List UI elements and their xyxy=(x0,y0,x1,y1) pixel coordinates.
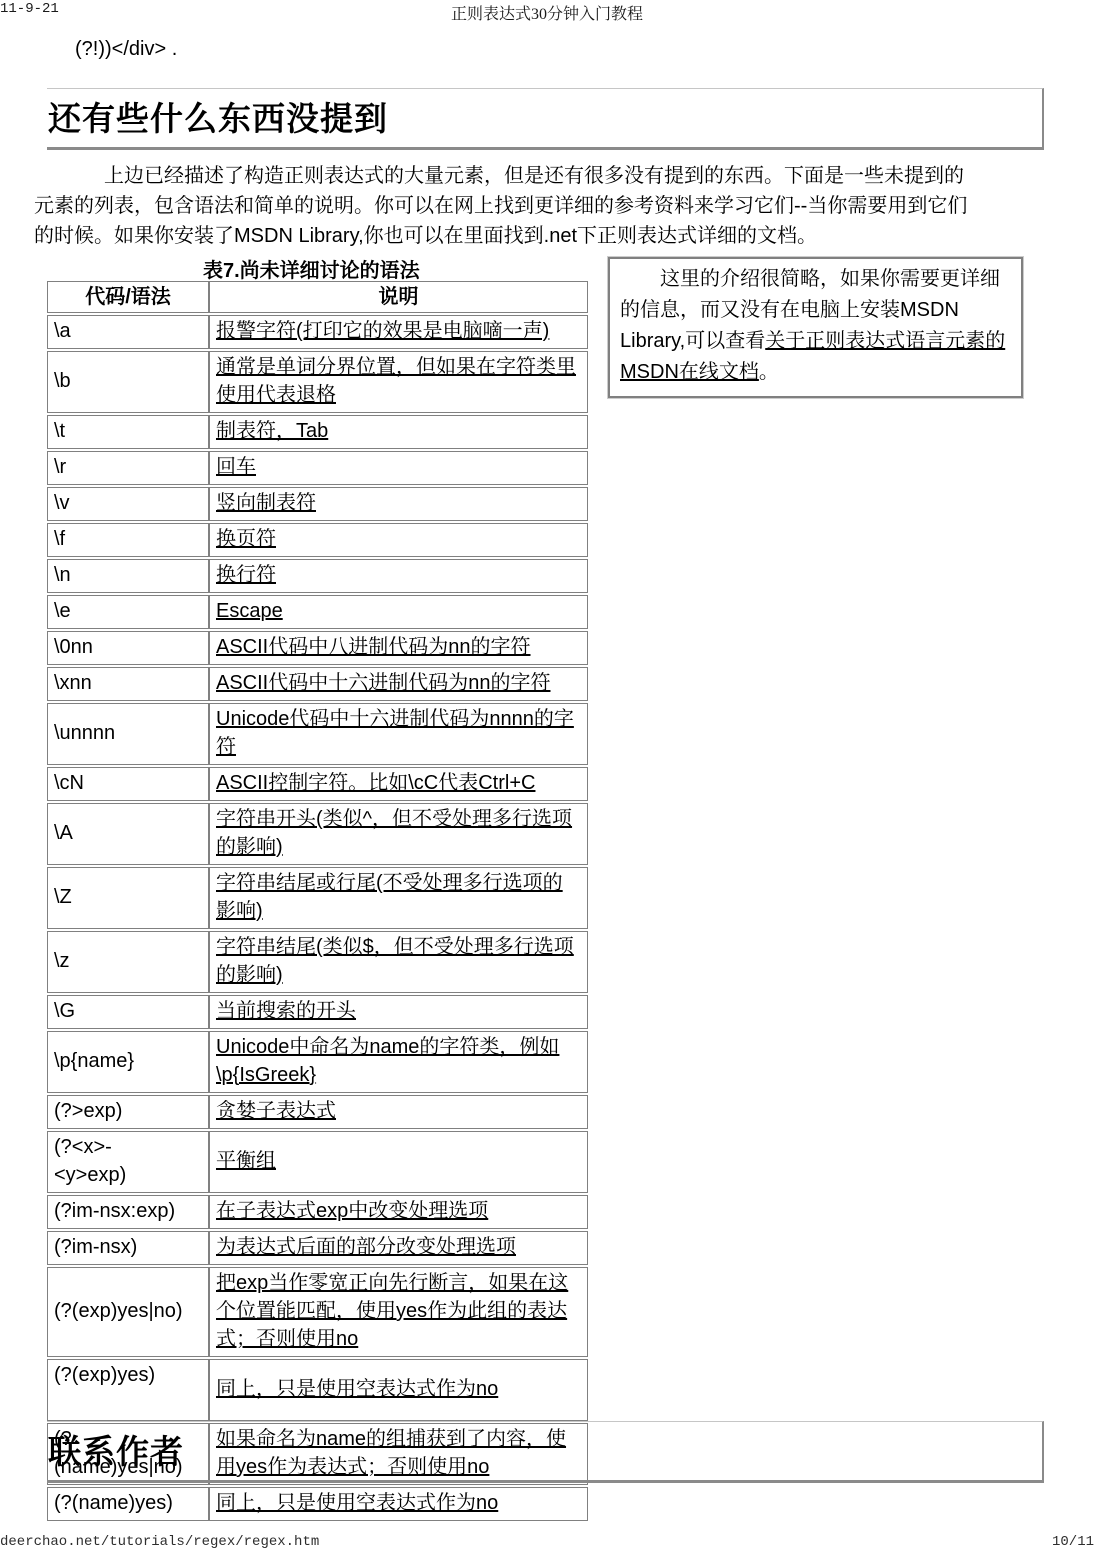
syntax-desc-cell: Unicode中命名为name的字符类，例如\p{IsGreek} xyxy=(209,1031,588,1093)
syntax-desc-cell: 在子表达式exp中改变处理选项 xyxy=(209,1195,588,1229)
syntax-code: (?im-nsx) xyxy=(47,1231,209,1265)
table-row: \v竖向制表符 xyxy=(47,487,588,521)
syntax-desc-link[interactable]: Unicode中命名为name的字符类，例如\p{IsGreek} xyxy=(216,1036,559,1086)
syntax-code: (?im-nsx:exp) xyxy=(47,1195,209,1229)
note-box: 这里的介绍很简略，如果你需要更详细的信息，而又没有在电脑上安装MSDN Libr… xyxy=(608,257,1023,398)
syntax-code: \p{name} xyxy=(47,1031,209,1093)
syntax-desc-cell: 通常是单词分界位置，但如果在字符类里使用代表退格 xyxy=(209,351,588,413)
table-row: \a报警字符(打印它的效果是电脑嘀一声) xyxy=(47,315,588,349)
syntax-desc-cell: ASCII控制字符。比如\cC代表Ctrl+C xyxy=(209,767,588,801)
table-row: \z字符串结尾(类似$，但不受处理多行选项的影响) xyxy=(47,931,588,993)
syntax-code: \xnn xyxy=(47,667,209,701)
table-row: \xnnASCII代码中十六进制代码为nn的字符 xyxy=(47,667,588,701)
table-row: (?<x>- <y>exp)平衡组 xyxy=(47,1131,588,1193)
section-heading-whats-not-covered: 还有些什么东西没提到 xyxy=(47,88,1044,150)
syntax-code: \0nn xyxy=(47,631,209,665)
table-row: \t制表符，Tab xyxy=(47,415,588,449)
syntax-desc-cell: 字符串开头(类似^，但不受处理多行选项的影响) xyxy=(209,803,588,865)
syntax-code: \r xyxy=(47,451,209,485)
syntax-desc-cell: 字符串结尾或行尾(不受处理多行选项的影响) xyxy=(209,867,588,929)
syntax-desc-link[interactable]: 同上，只是使用空表达式作为no xyxy=(216,1378,498,1400)
syntax-desc-cell: 同上，只是使用空表达式作为no xyxy=(209,1487,588,1521)
table-row: \eEscape xyxy=(47,595,588,629)
syntax-desc-cell: 回车 xyxy=(209,451,588,485)
syntax-desc-cell: 报警字符(打印它的效果是电脑嘀一声) xyxy=(209,315,588,349)
intro-paragraph: 上边已经描述了构造正则表达式的大量元素，但是还有很多没有提到的东西。下面是一些未… xyxy=(34,161,982,251)
footer-url: deerchao.net/tutorials/regex/regex.htm xyxy=(0,1534,319,1550)
syntax-desc-cell: 换行符 xyxy=(209,559,588,593)
syntax-code: \unnnn xyxy=(47,703,209,765)
syntax-code: \f xyxy=(47,523,209,557)
syntax-desc-cell: 贪婪子表达式 xyxy=(209,1095,588,1129)
table-header-row: 代码/语法 说明 xyxy=(47,281,588,313)
syntax-table: 代码/语法 说明 \a报警字符(打印它的效果是电脑嘀一声)\b通常是单词分界位置… xyxy=(47,279,588,1523)
syntax-desc-link[interactable]: 同上，只是使用空表达式作为no xyxy=(216,1492,498,1514)
syntax-desc-link[interactable]: 字符串结尾(类似$，但不受处理多行选项的影响) xyxy=(216,936,574,986)
syntax-desc-cell: 字符串结尾(类似$，但不受处理多行选项的影响) xyxy=(209,931,588,993)
syntax-code: (?(exp)yes|no) xyxy=(47,1267,209,1357)
table-row: \p{name}Unicode中命名为name的字符类，例如\p{IsGreek… xyxy=(47,1031,588,1093)
section-heading-contact-author: 联系作者 xyxy=(47,1421,1044,1483)
syntax-code: \t xyxy=(47,415,209,449)
table-row: \G当前搜索的开头 xyxy=(47,995,588,1029)
footer-page-number: 10/11 xyxy=(1052,1534,1094,1550)
table-row: \0nnASCII代码中八进制代码为nn的字符 xyxy=(47,631,588,665)
table-row: \Z字符串结尾或行尾(不受处理多行选项的影响) xyxy=(47,867,588,929)
table-row: \f换页符 xyxy=(47,523,588,557)
column-header-code: 代码/语法 xyxy=(47,281,209,313)
table-row: \n换行符 xyxy=(47,559,588,593)
note-text-end: 。 xyxy=(759,361,779,383)
syntax-desc-link[interactable]: 换页符 xyxy=(216,528,276,550)
table-row: (?(exp)yes)同上，只是使用空表达式作为no xyxy=(47,1359,588,1421)
syntax-code: \e xyxy=(47,595,209,629)
syntax-desc-link[interactable]: 贪婪子表达式 xyxy=(216,1100,336,1122)
syntax-desc-cell: 当前搜索的开头 xyxy=(209,995,588,1029)
syntax-code: \n xyxy=(47,559,209,593)
syntax-code: \G xyxy=(47,995,209,1029)
syntax-desc-cell: ASCII代码中十六进制代码为nn的字符 xyxy=(209,667,588,701)
syntax-desc-link[interactable]: 竖向制表符 xyxy=(216,492,316,514)
syntax-desc-link[interactable]: 回车 xyxy=(216,456,256,478)
syntax-code: \b xyxy=(47,351,209,413)
syntax-code: (?(exp)yes) xyxy=(47,1359,209,1421)
syntax-desc-link[interactable]: Unicode代码中十六进制代码为nnnn的字符 xyxy=(216,708,574,758)
syntax-desc-link[interactable]: 平衡组 xyxy=(216,1150,276,1172)
table-row: \b通常是单词分界位置，但如果在字符类里使用代表退格 xyxy=(47,351,588,413)
table-row: \cNASCII控制字符。比如\cC代表Ctrl+C xyxy=(47,767,588,801)
syntax-desc-cell: 为表达式后面的部分改变处理选项 xyxy=(209,1231,588,1265)
syntax-desc-link[interactable]: 把exp当作零宽正向先行断言，如果在这个位置能匹配，使用yes作为此组的表达式；… xyxy=(216,1272,568,1350)
syntax-code: \Z xyxy=(47,867,209,929)
syntax-desc-link[interactable]: ASCII控制字符。比如\cC代表Ctrl+C xyxy=(216,772,535,794)
table-row: \r回车 xyxy=(47,451,588,485)
table-row: (?im-nsx:exp)在子表达式exp中改变处理选项 xyxy=(47,1195,588,1229)
syntax-desc-link[interactable]: 字符串结尾或行尾(不受处理多行选项的影响) xyxy=(216,872,563,922)
syntax-desc-link[interactable]: 为表达式后面的部分改变处理选项 xyxy=(216,1236,516,1258)
syntax-desc-cell: 同上，只是使用空表达式作为no xyxy=(209,1359,588,1421)
syntax-desc-link[interactable]: 制表符，Tab xyxy=(216,420,328,442)
syntax-code: \A xyxy=(47,803,209,865)
syntax-code: \cN xyxy=(47,767,209,801)
syntax-desc-cell: 换页符 xyxy=(209,523,588,557)
syntax-code: (?<x>- <y>exp) xyxy=(47,1131,209,1193)
table-row: \A字符串开头(类似^，但不受处理多行选项的影响) xyxy=(47,803,588,865)
table-row: (?im-nsx)为表达式后面的部分改变处理选项 xyxy=(47,1231,588,1265)
syntax-code: (?>exp) xyxy=(47,1095,209,1129)
table-row: (?(name)yes)同上，只是使用空表达式作为no xyxy=(47,1487,588,1521)
syntax-code: (?(name)yes) xyxy=(47,1487,209,1521)
syntax-desc-link[interactable]: 换行符 xyxy=(216,564,276,586)
syntax-desc-link[interactable]: 在子表达式exp中改变处理选项 xyxy=(216,1200,488,1222)
syntax-desc-cell: 竖向制表符 xyxy=(209,487,588,521)
document-page: 11-9-21 正则表达式30分钟入门教程 (?!))</div> . 还有些什… xyxy=(0,0,1094,1553)
table-row: (?>exp)贪婪子表达式 xyxy=(47,1095,588,1129)
syntax-code: \v xyxy=(47,487,209,521)
syntax-desc-link[interactable]: ASCII代码中十六进制代码为nn的字符 xyxy=(216,672,550,694)
column-header-desc: 说明 xyxy=(209,281,588,313)
document-title: 正则表达式30分钟入门教程 xyxy=(0,1,1094,24)
syntax-desc-link[interactable]: Escape xyxy=(216,600,283,622)
syntax-desc-cell: 把exp当作零宽正向先行断言，如果在这个位置能匹配，使用yes作为此组的表达式；… xyxy=(209,1267,588,1357)
syntax-desc-cell: 平衡组 xyxy=(209,1131,588,1193)
syntax-code: \z xyxy=(47,931,209,993)
syntax-desc-link[interactable]: 通常是单词分界位置，但如果在字符类里使用代表退格 xyxy=(216,356,576,406)
syntax-desc-cell: 制表符，Tab xyxy=(209,415,588,449)
table-row: (?(exp)yes|no)把exp当作零宽正向先行断言，如果在这个位置能匹配，… xyxy=(47,1267,588,1357)
syntax-desc-link[interactable]: 报警字符(打印它的效果是电脑嘀一声) xyxy=(216,320,549,342)
syntax-code: \a xyxy=(47,315,209,349)
code-fragment: (?!))</div> . xyxy=(75,38,177,61)
syntax-desc-cell: ASCII代码中八进制代码为nn的字符 xyxy=(209,631,588,665)
table-row: \unnnnUnicode代码中十六进制代码为nnnn的字符 xyxy=(47,703,588,765)
syntax-desc-link[interactable]: 字符串开头(类似^，但不受处理多行选项的影响) xyxy=(216,808,572,858)
syntax-desc-link[interactable]: 当前搜索的开头 xyxy=(216,1000,356,1022)
syntax-desc-cell: Escape xyxy=(209,595,588,629)
syntax-desc-link[interactable]: ASCII代码中八进制代码为nn的字符 xyxy=(216,636,530,658)
syntax-desc-cell: Unicode代码中十六进制代码为nnnn的字符 xyxy=(209,703,588,765)
